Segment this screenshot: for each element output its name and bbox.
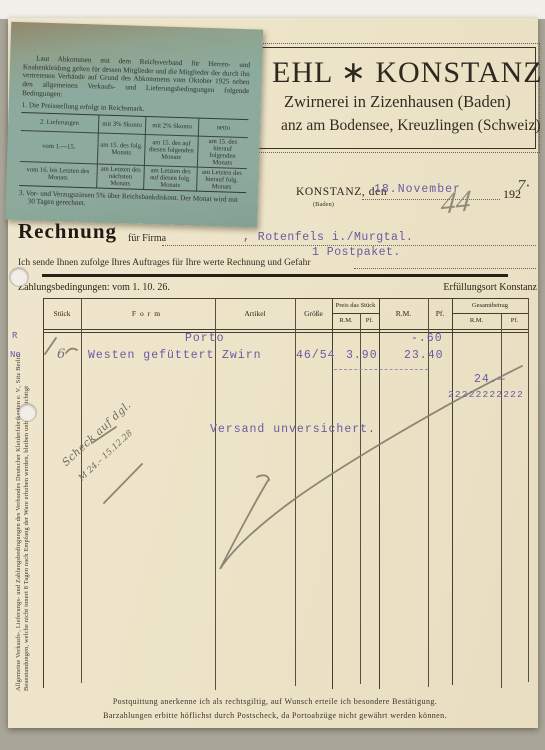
terms-cell: vom 16. bis Letzten des Monats xyxy=(19,161,97,187)
typed-total-underline: 22222222222 xyxy=(448,389,524,400)
hole-punch-bottom xyxy=(19,404,36,421)
invoice-title-suffix: für Firma xyxy=(128,233,166,244)
entry-artikel: Zwirn xyxy=(222,349,262,362)
typed-addressee: , Rotenfels i./Murgtal. xyxy=(243,231,413,244)
table-top-border xyxy=(43,298,528,299)
footer-notes: Postquittung anerkenne ich als rechtsgil… xyxy=(60,695,490,722)
header-rm: R.M. xyxy=(379,309,428,318)
entry-groesse: 46/54 xyxy=(296,349,336,362)
pencil-annotation-44: 44 xyxy=(439,184,472,222)
scanned-invoice-page: EHL ∗ KONSTANZ Zwirnerei in Zizenhausen … xyxy=(0,0,545,750)
consignment-dotted-rule xyxy=(354,267,536,269)
shipping-note: Versand unversichert. xyxy=(210,423,376,436)
entry-total: 24.— xyxy=(474,373,506,386)
footer-line1: Postquittung anerkenne ich als rechtsgil… xyxy=(60,695,490,709)
entry-amount: 23.40 xyxy=(404,349,444,362)
header-form: Form xyxy=(81,309,215,318)
margin-typed-no: No xyxy=(10,350,21,360)
typed-parcel-note: 1 Postpaket. xyxy=(312,246,401,259)
entry-form: Westen gefüttert xyxy=(88,349,214,362)
letterhead-line2: Zwirnerei in Zizenhausen (Baden) xyxy=(284,92,511,112)
terms-item3: 3. Vor- und Verzugszinsen 5% über Reichs… xyxy=(19,189,246,213)
header-gesamt-rm: R.M. xyxy=(452,317,501,324)
dateline-city-sub: (Baden) xyxy=(313,201,334,208)
col-line xyxy=(81,298,82,683)
consignment-line: Ich sende Ihnen zufolge Ihres Auftrages … xyxy=(18,258,311,268)
terms-th-2skonto: mit 2% Skonto xyxy=(146,116,199,136)
letterhead-line3: anz am Bodensee, Kreuzlingen (Schweiz) xyxy=(281,117,541,135)
margin-terms-line2: Beanstandungen, welche nicht innert 8 Ta… xyxy=(23,305,31,691)
terms-cell: am 15. des folg. Monats xyxy=(97,132,146,164)
footer-line2: Barzahlungen erbitte höflichst durch Pos… xyxy=(60,709,490,723)
typed-dashed-subtotal-rule xyxy=(334,369,428,371)
entry-porto-amount: -.60 xyxy=(411,332,443,345)
fulfillment-place: Erfüllungsort Konstanz xyxy=(420,282,537,293)
header-gesamt: Gesamtbetrag xyxy=(452,302,528,309)
scan-background-strip xyxy=(0,0,545,19)
terms-paragraph: Laut Abkommen mit dem Reichsverband für … xyxy=(22,54,250,105)
col-line xyxy=(379,298,380,689)
col-line xyxy=(215,298,216,690)
col-line xyxy=(452,298,453,685)
terms-th-lieferungen: 2. Lieferungen xyxy=(21,112,99,132)
letterhead-title: EHL ∗ KONSTANZ xyxy=(272,55,543,90)
header-gesamt-pf: Pf. xyxy=(501,317,528,324)
entry-unit-price: 3.90 xyxy=(346,349,378,362)
terms-delivery-table: 2. Lieferungen mit 3% Skonto mit 2% Skon… xyxy=(19,112,248,193)
rotated-margin-terms: Allgemeine Verkaufs-, Lieferungs- und Za… xyxy=(15,305,31,691)
header-bottom-line-1 xyxy=(43,329,528,330)
dateline-dotted-rule xyxy=(362,198,500,200)
header-preis: Preis das Stück xyxy=(332,302,379,309)
gesamt-subheader-line xyxy=(452,313,528,314)
col-line xyxy=(528,298,529,682)
header-artikel: Artikel xyxy=(215,309,295,318)
col-line xyxy=(501,314,502,688)
thick-divider-rule xyxy=(42,274,508,277)
preis-subheader-line xyxy=(332,313,379,314)
header-preis-rm: R.M. xyxy=(332,317,360,324)
entry-porto-label: Porto xyxy=(185,332,225,345)
invoice-title: Rechnung xyxy=(18,219,117,244)
terms-cell: am Letzten des hierauf folg. Monats xyxy=(196,167,247,193)
terms-th-3skonto: mit 3% Skonto xyxy=(98,114,146,133)
header-pf: Pf. xyxy=(428,309,452,318)
terms-cell: am 15. des auf diesen folgenden Monats xyxy=(145,134,198,167)
terms-cell: am 15. des hierauf folgenden Monats xyxy=(197,136,248,169)
margin-typed-r: R xyxy=(12,331,17,341)
payment-terms: Zahlungsbedingungen: vom 1. 10. 26. xyxy=(18,282,170,293)
handwritten-year-digit: 7· xyxy=(517,176,530,196)
terms-cell: am Letzten des auf diesen folg. Monats xyxy=(144,165,197,191)
header-groesse: Größe xyxy=(295,309,332,318)
margin-terms-line1: Allgemeine Verkaufs-, Lieferungs- und Za… xyxy=(15,305,23,691)
header-stueck: Stück xyxy=(43,309,81,318)
header-preis-pf: Pf. xyxy=(360,317,379,324)
attached-terms-slip: Laut Abkommen mit dem Reichsverband für … xyxy=(5,22,263,228)
terms-th-netto: netto xyxy=(198,118,249,138)
terms-cell: vom 1.—15. xyxy=(20,130,98,163)
hole-punch-top xyxy=(10,268,28,286)
col-line xyxy=(43,298,44,688)
handwritten-quantity: 6 xyxy=(57,347,65,362)
header-bottom-line-2 xyxy=(43,332,528,333)
terms-cell: am Letzten des nächsten Monats xyxy=(96,163,144,188)
